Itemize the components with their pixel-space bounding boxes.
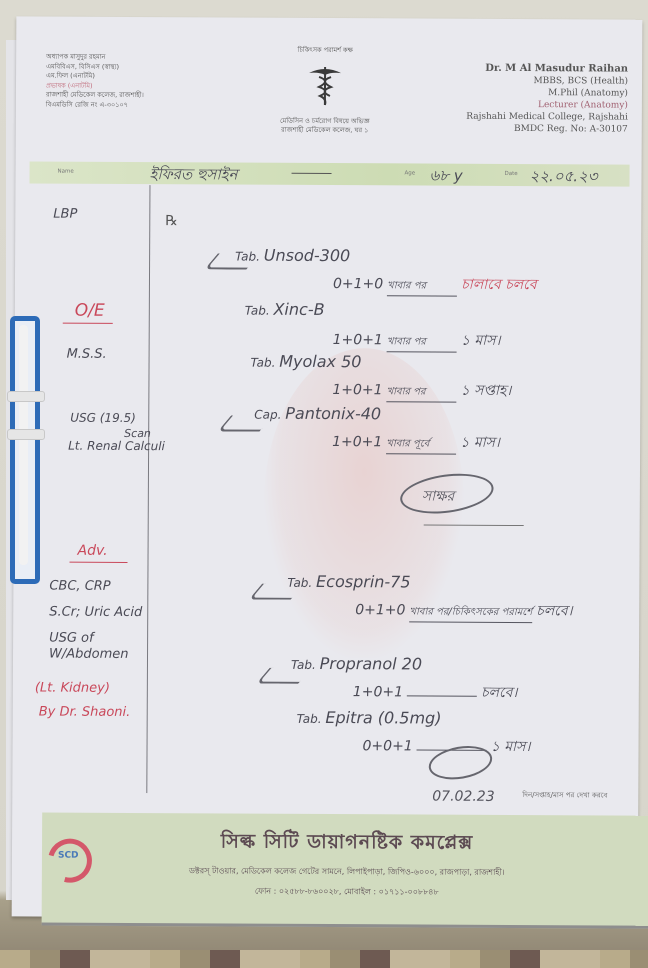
medication-name: Tab. Xinc-B — [245, 300, 325, 319]
header-left-line: অধ্যাপক মাসুদুর রহমান — [46, 53, 176, 63]
header-center-title: চিকিৎসক পরামর্শ কক্ষ — [240, 46, 410, 56]
date-label: Date — [505, 171, 518, 177]
name-label: Name — [58, 169, 74, 175]
followup-date: 07.02.23 — [432, 789, 494, 805]
prescription-sheet: অধ্যাপক মাসুদুর রহমান এমবিবিএস, বিসিএস (… — [12, 16, 643, 919]
age-label: Age — [405, 170, 416, 176]
adv-item: By Dr. Shaoni. — [39, 704, 131, 719]
medication-label: Myolax 50 — [279, 352, 361, 371]
dose-timing: খাবার পর — [387, 278, 457, 296]
dose-schedule: 1+0+1 — [353, 684, 403, 700]
dose-schedule: 0+1+0 — [355, 602, 405, 618]
dose-duration: ১ মাস। — [461, 333, 501, 349]
dose-timing: খাবার পর/চিকিৎসকের পরামর্শে — [409, 604, 532, 623]
clip-bar — [19, 325, 28, 565]
dose-schedule: 0+1+0 — [333, 276, 383, 292]
medication-label: Epitra (0.5mg) — [325, 708, 441, 728]
clip-ring — [7, 429, 45, 440]
medication-dosage: 1+0+1খাবার পর১ মাস। — [333, 328, 501, 353]
medication-name: Tab. Unsod-300 — [235, 246, 350, 266]
patient-info-band: Name ইফিরত হুসাইন Age ৬৮ y Date ২২.০৫.২৩ — [29, 161, 629, 186]
header-center: চিকিৎসক পরামর্শ কক্ষ মেডিসিন ও চর্মরোগ ব… — [240, 46, 410, 136]
header-doctor-info: Dr. M Al Masudur Raihan MBBS, BCS (Healt… — [388, 62, 628, 135]
patient-name: ইফিরত হুসাইন — [149, 163, 237, 188]
medication-label: Unsod-300 — [264, 246, 351, 265]
medication-label: Pantonix-40 — [285, 404, 381, 424]
clinic-phone: ফোন : ০২৫৮৮-৮৬০০২৮, মোবাইল : ০১৭১১-০০৮৮৪… — [42, 885, 648, 901]
clinic-name: সিল্ক সিটি ডায়াগনষ্টিক কমপ্লেক্স — [42, 827, 648, 862]
patient-age: ৬৮ y — [429, 165, 462, 190]
rx-symbol: ℞ — [165, 213, 178, 229]
oe-item: USG (19.5) — [70, 411, 136, 425]
medication-dosage: 1+0+1খাবার পর১ সপ্তাহ। — [332, 378, 511, 403]
oe-item: Lt. Renal Calculi — [68, 439, 165, 454]
medication-form: Cap. — [254, 408, 285, 422]
medication-label: Propranol 20 — [320, 654, 422, 674]
dose-schedule: 1+0+1 — [332, 382, 382, 398]
adv-heading: Adv. — [70, 543, 128, 563]
dose-schedule: 1+0+1 — [332, 434, 382, 450]
dose-timing: খাবার পর — [387, 384, 457, 402]
chief-complaint: LBP — [53, 207, 77, 222]
medication-dosage: 1+0+1খাবার পূর্বে১ মাস। — [332, 430, 500, 455]
doctor-reg: BMDC Reg. No: A-30107 — [388, 122, 628, 135]
medication-form: Tab. — [251, 356, 280, 370]
adv-item: CBC, CRP — [49, 579, 110, 594]
caduceus-icon — [307, 63, 343, 107]
dose-timing: খাবার পূর্বে — [386, 436, 456, 454]
oe-heading: O/E — [63, 301, 113, 324]
adv-item: USG of W/Abdomen — [49, 631, 169, 664]
medication-form: Tab. — [235, 250, 264, 264]
clinic-footer: SCD সিল্ক সিটি ডায়াগনষ্টিক কমপ্লেক্স ডক… — [42, 813, 648, 929]
medication-form: Tab. — [245, 304, 274, 318]
clinic-address: ডক্টরস্ টাওয়ার, মেডিকেল কলেজ গেটের সামন… — [42, 865, 648, 881]
clip-ring — [7, 391, 45, 402]
header-left-line: এম.ফিল (এনাটমি) — [46, 72, 176, 82]
followup-label: দিন/সপ্তাহ/মাস পর দেখা করবে — [522, 789, 607, 801]
medication-name: Tab. Epitra (0.5mg) — [297, 708, 442, 728]
medication-form: Tab. — [291, 658, 320, 672]
header-center-line: রাজশাহী মেডিকেল কলেজ, ঘর ১ — [240, 126, 410, 136]
adv-item: (Lt. Kidney) — [35, 680, 110, 695]
dose-duration: ১ মাস। — [491, 739, 531, 755]
doctor-signature: সাক্ষর — [422, 484, 454, 508]
column-divider — [146, 185, 150, 793]
medication-form: Tab. — [287, 576, 316, 590]
dose-schedule: 1+0+1 — [333, 332, 383, 348]
dose-duration: চালাবে চলবে — [461, 277, 536, 293]
dose-duration: ১ মাস। — [460, 435, 500, 451]
name-underline — [292, 173, 332, 174]
header-left-line: রাজশাহী মেডিকেল কলেজ, রাজশাহী। — [46, 91, 176, 101]
medication-dosage: 1+0+1চলবে। — [353, 680, 518, 705]
wood-edge — [0, 950, 648, 968]
dose-timing — [407, 695, 477, 696]
visit-date: ২২.০৫.২৩ — [529, 165, 597, 190]
medication-name: Tab. Myolax 50 — [251, 352, 362, 372]
dose-schedule: 0+0+1 — [363, 738, 413, 754]
dose-timing: খাবার পর — [387, 334, 457, 352]
medication-form: Tab. — [297, 712, 326, 726]
medication-name: Tab. Propranol 20 — [291, 654, 422, 674]
medication-dosage: 0+1+0খাবার পর/চিকিৎসকের পরামর্শেচলবে। — [355, 598, 572, 623]
binder-clip — [10, 316, 40, 584]
medication-label: Xinc-B — [273, 300, 324, 319]
medication-dosage: 0+1+0খাবার পরচালাবে চলবে — [333, 272, 537, 297]
dose-duration: ১ সপ্তাহ। — [461, 383, 512, 399]
dose-duration: চলবে। — [536, 603, 573, 619]
medication-name: Tab. Ecosprin-75 — [287, 572, 410, 592]
header-bengali-info: অধ্যাপক মাসুদুর রহমান এমবিবিএস, বিসিএস (… — [46, 53, 176, 111]
dose-duration: চলবে। — [481, 685, 518, 701]
adv-item: S.Cr; Uric Acid — [49, 605, 142, 620]
medication-name: Cap. Pantonix-40 — [254, 404, 381, 424]
oe-item: M.S.S. — [67, 347, 107, 362]
header-left-line: বিএমডিসি রেজি নং এ-৩০১০৭ — [46, 100, 176, 110]
medication-label: Ecosprin-75 — [316, 572, 411, 591]
